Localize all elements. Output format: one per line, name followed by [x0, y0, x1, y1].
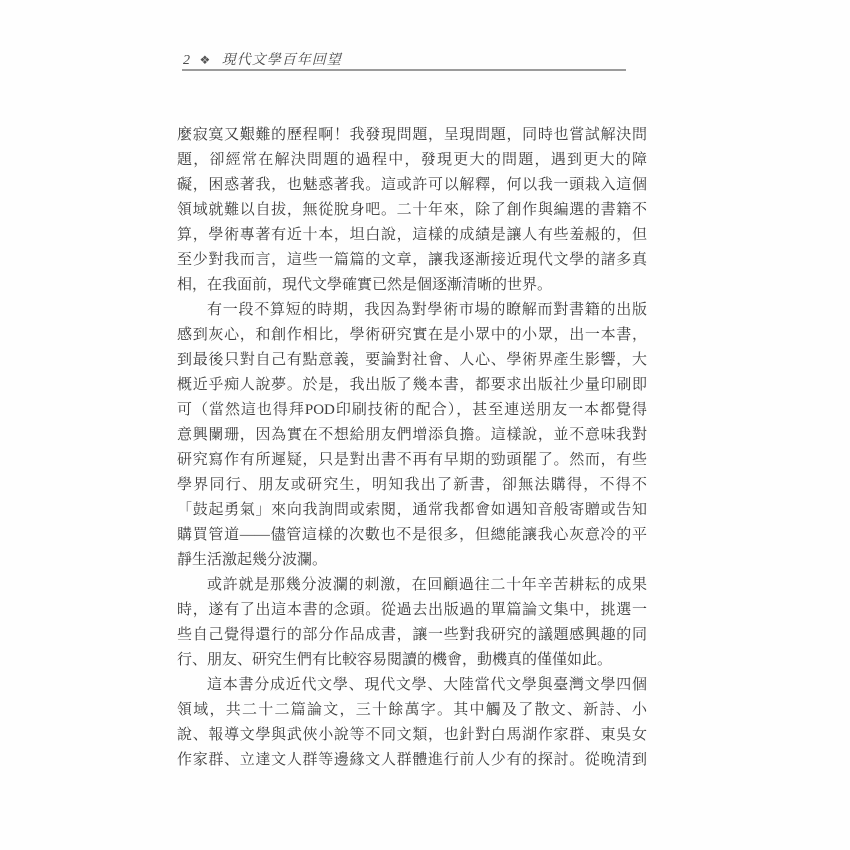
text-line: 至少對我而言，這些一篇篇的文章，讓我逐漸接近現代文學的諸多真 [177, 248, 647, 273]
text-line: 「鼓起勇氣」來向我詢問或索閱，通常我都會如遇知音般寄贈或告知 [177, 498, 647, 523]
text-line: 礙，困惑著我，也魅惑著我。這或許可以解釋，何以我一頭栽入這個 [177, 173, 647, 198]
text-line: 時，遂有了出這本書的念頭。從過去出版過的單篇論文集中，挑選一 [177, 598, 647, 623]
text-line: 題，卻經常在解決問題的過程中，發現更大的問題，遇到更大的障 [177, 148, 647, 173]
text-line: 感到灰心，和創作相比，學術研究實在是小眾中的小眾，出一本書， [177, 323, 647, 348]
header-rule [182, 69, 626, 71]
text-line: 說、報導文學與武俠小說等不同文類，也針對白馬湖作家群、東吳女 [177, 723, 647, 748]
body-text: 麼寂寞又艱難的歷程啊！我發現問題，呈現問題，同時也嘗試解決問題，卻經常在解決問題… [177, 123, 647, 773]
text-line: 或許就是那幾分波瀾的刺激，在回顧過往二十年辛苦耕耘的成果 [177, 573, 647, 598]
page-number: 2 [183, 53, 191, 68]
page-header: 2 ❖ 現代文學百年回望 [183, 51, 342, 69]
text-line: 領域，共二十二篇論文，三十餘萬字。其中觸及了散文、新詩、小 [177, 698, 647, 723]
text-line: 領域就難以自拔，無從脫身吧。二十年來，除了創作與編選的書籍不 [177, 198, 647, 223]
text-line: 有一段不算短的時期，我因為對學術市場的瞭解而對書籍的出版 [177, 298, 647, 323]
text-line: 算，學術專著有近十本，坦白說，這樣的成績是讓人有些羞赧的，但 [177, 223, 647, 248]
text-line: 些自己覺得還行的部分作品成書，讓一些對我研究的議題感興趣的同 [177, 623, 647, 648]
text-line: 靜生活激起幾分波瀾。 [177, 548, 647, 573]
text-line: 意興闌珊，因為實在不想給朋友們增添負擔。這樣說，並不意味我對 [177, 423, 647, 448]
text-line: 作家群、立達文人群等邊緣文人群體進行前人少有的探討。從晚清到 [177, 748, 647, 773]
text-line: 概近乎痴人說夢。於是，我出版了幾本書，都要求出版社少量印刷即 [177, 373, 647, 398]
text-line: 學界同行、朋友或研究生，明知我出了新書，卻無法購得，不得不 [177, 473, 647, 498]
text-line: 行、朋友、研究生們有比較容易閱讀的機會，動機真的僅僅如此。 [177, 648, 647, 673]
text-line: 這本書分成近代文學、現代文學、大陸當代文學與臺灣文學四個 [177, 673, 647, 698]
text-line: 可（當然這也得拜POD印刷技術的配合），甚至連送朋友一本都覺得 [177, 398, 647, 423]
text-line: 相，在我面前，現代文學確實已然是個逐漸清晰的世界。 [177, 273, 647, 298]
text-line: 研究寫作有所遲疑，只是對出書不再有早期的勁頭罷了。然而，有些 [177, 448, 647, 473]
text-line: 到最後只對自己有點意義，要論對社會、人心、學術界產生影響，大 [177, 348, 647, 373]
book-page: 2 ❖ 現代文學百年回望 麼寂寞又艱難的歷程啊！我發現問題，呈現問題，同時也嘗試… [0, 0, 850, 850]
running-title: 現代文學百年回望 [222, 53, 342, 68]
text-line: 購買管道——儘管這樣的次數也不是很多，但總能讓我心灰意冷的平 [177, 523, 647, 548]
section-marker-icon: ❖ [200, 53, 212, 67]
text-line: 麼寂寞又艱難的歷程啊！我發現問題，呈現問題，同時也嘗試解決問 [177, 123, 647, 148]
